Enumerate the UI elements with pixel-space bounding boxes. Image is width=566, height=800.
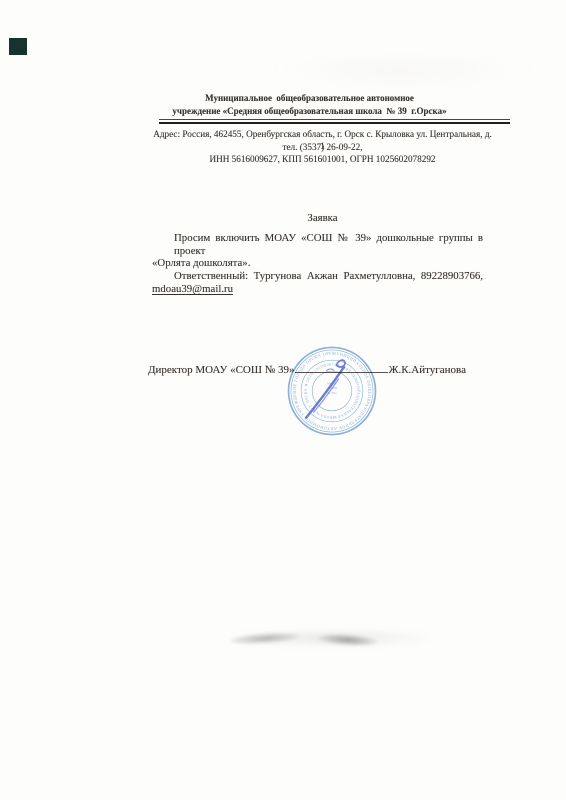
registration-numbers-line: ИНН 5616009627, КПП 561601001, ОГРН 1025… (150, 153, 495, 165)
round-stamp: МУНИЦИПАЛЬНОЕ ОБЩЕОБРАЗОВАТЕЛЬНОЕ АВТОНО… (286, 345, 378, 437)
paragraph1-line1: Просим включить МОАУ «СОШ № 39» дошкольн… (152, 232, 483, 257)
scanned-document-page: Муниципальное общеобразовательное автоно… (0, 0, 566, 800)
org-header-line2: учреждение «Средняя общеобразовательная … (127, 105, 492, 117)
header-divider-rule (159, 119, 510, 124)
body-text: Просим включить МОАУ «СОШ № 39» дошкольн… (152, 232, 483, 296)
email-text: mdoau39@mail.ru (152, 283, 483, 296)
document-title: Заявка (150, 212, 495, 224)
org-header-line1: Муниципальное общеобразовательное автоно… (127, 92, 492, 104)
signatory-name: Ж.К.Айтуганова (389, 364, 466, 376)
paragraph2-line1: Ответственный: Тургунова Акжан Рахметулл… (152, 270, 483, 283)
signature-position-label: Директор МОАУ «СОШ № 39» (148, 364, 294, 376)
scan-artifact-square (9, 38, 27, 55)
paragraph1-line2: «Орлята дошколята». (152, 257, 483, 270)
phone-line: тел. (3537) 26-09-22, (150, 141, 495, 153)
scan-noise (245, 45, 560, 95)
